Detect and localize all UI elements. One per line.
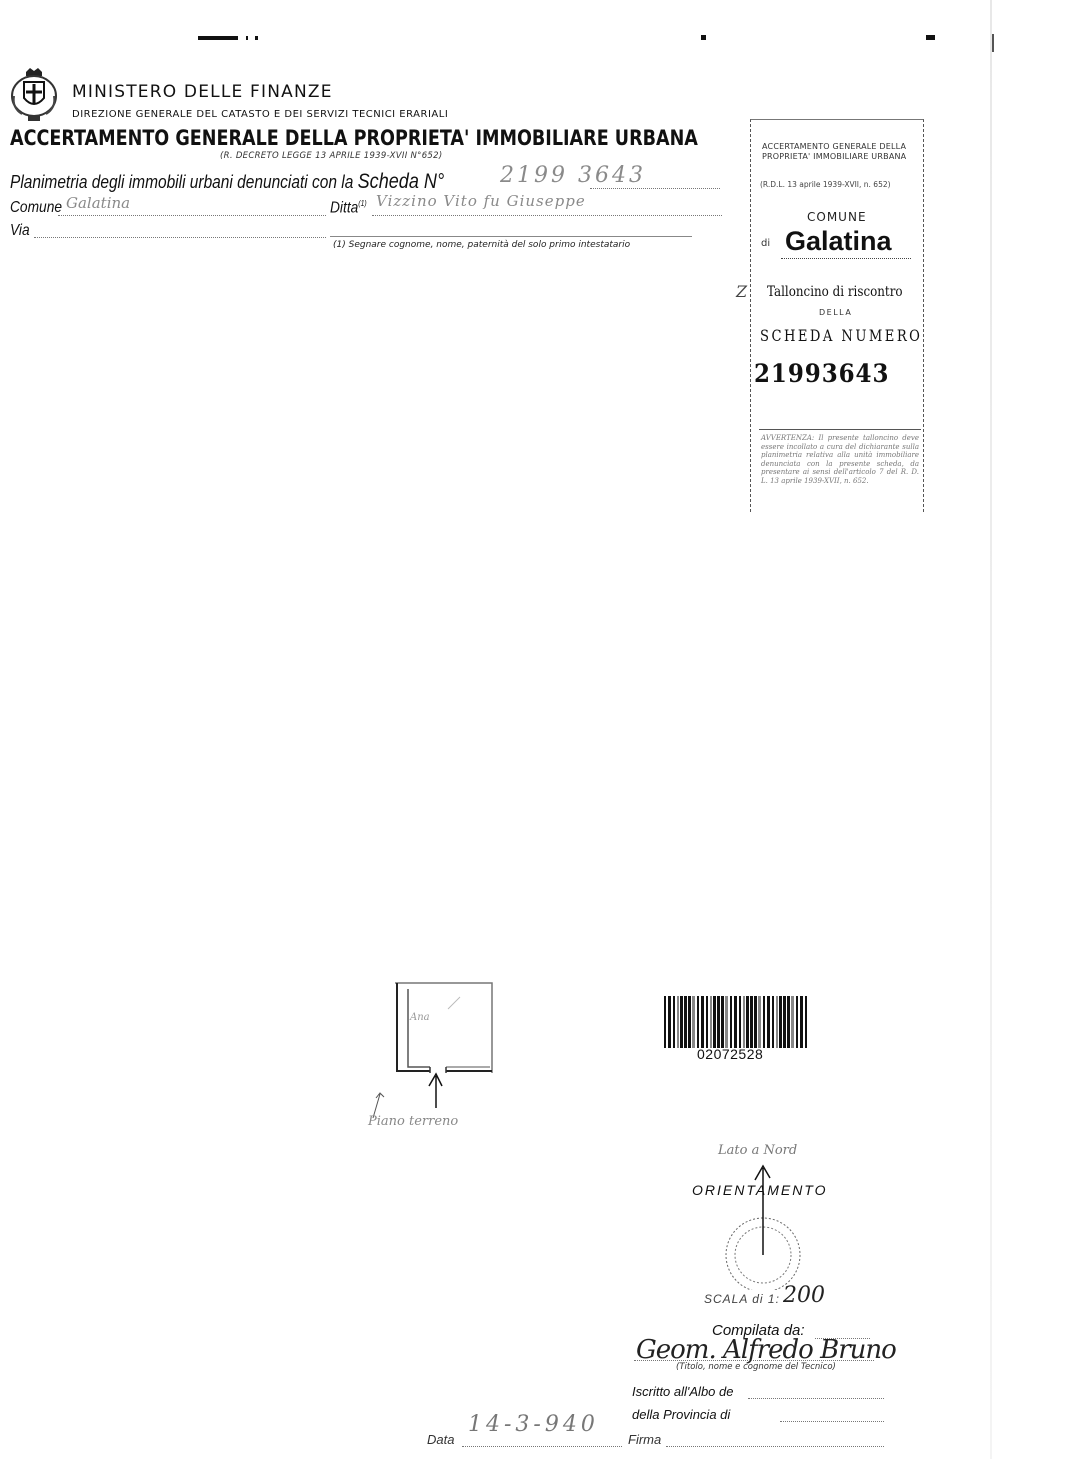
- north-arrow-icon: [720, 1160, 810, 1290]
- field-line: [590, 188, 720, 189]
- field-line: [58, 215, 326, 216]
- stamp-comune-label: COMUNE: [807, 210, 867, 224]
- ministry-name: MINISTERO DELLE FINANZE: [72, 82, 333, 102]
- stamp-di-label: di: [761, 238, 770, 249]
- orientation-label: ORIENTAMENTO: [692, 1182, 828, 1198]
- scan-artifact: [255, 36, 258, 40]
- coat-of-arms-icon: [8, 66, 60, 126]
- stamp-heading: ACCERTAMENTO GENERALE DELLA PROPRIETA' I…: [762, 142, 906, 162]
- ditta-text: Ditta: [330, 199, 358, 216]
- ditta-field[interactable]: Vizzino Vito fu Giuseppe: [376, 192, 586, 210]
- floor-plan: [360, 975, 520, 1075]
- date-field[interactable]: 14-3-940: [468, 1412, 599, 1437]
- albo-field[interactable]: [748, 1398, 884, 1399]
- scale-label: SCALA di 1:: [704, 1292, 780, 1306]
- document-title: ACCERTAMENTO GENERALE DELLA PROPRIETA' I…: [10, 126, 698, 150]
- stamp-talloncino: Talloncino di riscontro: [767, 284, 903, 300]
- scan-artifact: [246, 36, 248, 40]
- scan-artifact: [198, 36, 238, 40]
- stamp-avvertenza: AVVERTENZA: Il presente talloncino deve …: [761, 434, 919, 486]
- field-line: [462, 1446, 622, 1447]
- comune-field[interactable]: Galatina: [66, 194, 130, 212]
- scheda-label: Scheda N°: [358, 170, 445, 193]
- provincia-field[interactable]: [780, 1421, 884, 1422]
- stamp-divider: [759, 429, 921, 430]
- stamp-comune-value: Galatina: [785, 226, 892, 257]
- footnote: (1) Segnare cognome, nome, paternità del…: [333, 240, 630, 250]
- scheda-number-field[interactable]: 2199 3643: [500, 163, 646, 188]
- field-line: [330, 236, 692, 237]
- stamp-heading-line: PROPRIETA' IMMOBILIARE URBANA: [762, 152, 906, 162]
- stamp-underline: [781, 258, 911, 259]
- firma-label: Firma: [628, 1432, 661, 1447]
- field-line: [634, 1360, 874, 1361]
- stamp-decree: (R.D.L. 13 aprile 1939-XVII, n. 652): [760, 180, 891, 189]
- direzione-name: DIREZIONE GENERALE DEL CATASTO E DEI SER…: [72, 109, 448, 120]
- date-label: Data: [427, 1432, 454, 1447]
- footnote-marker: (1): [358, 199, 366, 208]
- planimetria-label: Planimetria degli immobili urbani denunc…: [10, 170, 444, 194]
- room-label: Ana: [410, 1012, 430, 1023]
- via-label: Via: [10, 222, 30, 240]
- stamp-scheda-number: 21993643: [754, 359, 889, 388]
- page-edge: [990, 0, 992, 1459]
- ditta-label: Ditta(1): [330, 199, 367, 217]
- stamp-heading-line: ACCERTAMENTO GENERALE DELLA: [762, 142, 906, 152]
- albo-label: Iscritto all'Albo de: [632, 1384, 733, 1399]
- barcode: [664, 996, 807, 1048]
- comune-label: Comune: [10, 199, 62, 217]
- field-line: [372, 215, 722, 216]
- scan-artifact: [701, 35, 706, 40]
- stamp-side-mark: Z: [736, 282, 747, 301]
- scan-artifact: [926, 35, 935, 40]
- barcode-number: 02072528: [697, 1046, 763, 1062]
- scale-value: 200: [783, 1283, 825, 1308]
- field-line: [34, 237, 326, 238]
- planimetria-text: Planimetria degli immobili urbani denunc…: [10, 172, 353, 192]
- stamp-scheda-label: SCHEDA NUMERO: [760, 326, 922, 345]
- firma-field[interactable]: [666, 1446, 884, 1447]
- via-field[interactable]: [36, 222, 326, 238]
- titolo-caption: (Titolo, nome e cognome del Tecnico): [676, 1362, 836, 1372]
- provincia-label: della Provincia di: [632, 1407, 730, 1422]
- decree-reference: (R. DECRETO LEGGE 13 APRILE 1939-XVII N°…: [220, 151, 442, 161]
- entrance-arrow-icon: [420, 1070, 450, 1110]
- floor-label: Piano terreno: [368, 1114, 458, 1129]
- orientation-note: Lato a Nord: [718, 1143, 797, 1158]
- control-stub-stamp: ACCERTAMENTO GENERALE DELLA PROPRIETA' I…: [750, 119, 924, 512]
- stamp-della: DELLA: [819, 308, 852, 317]
